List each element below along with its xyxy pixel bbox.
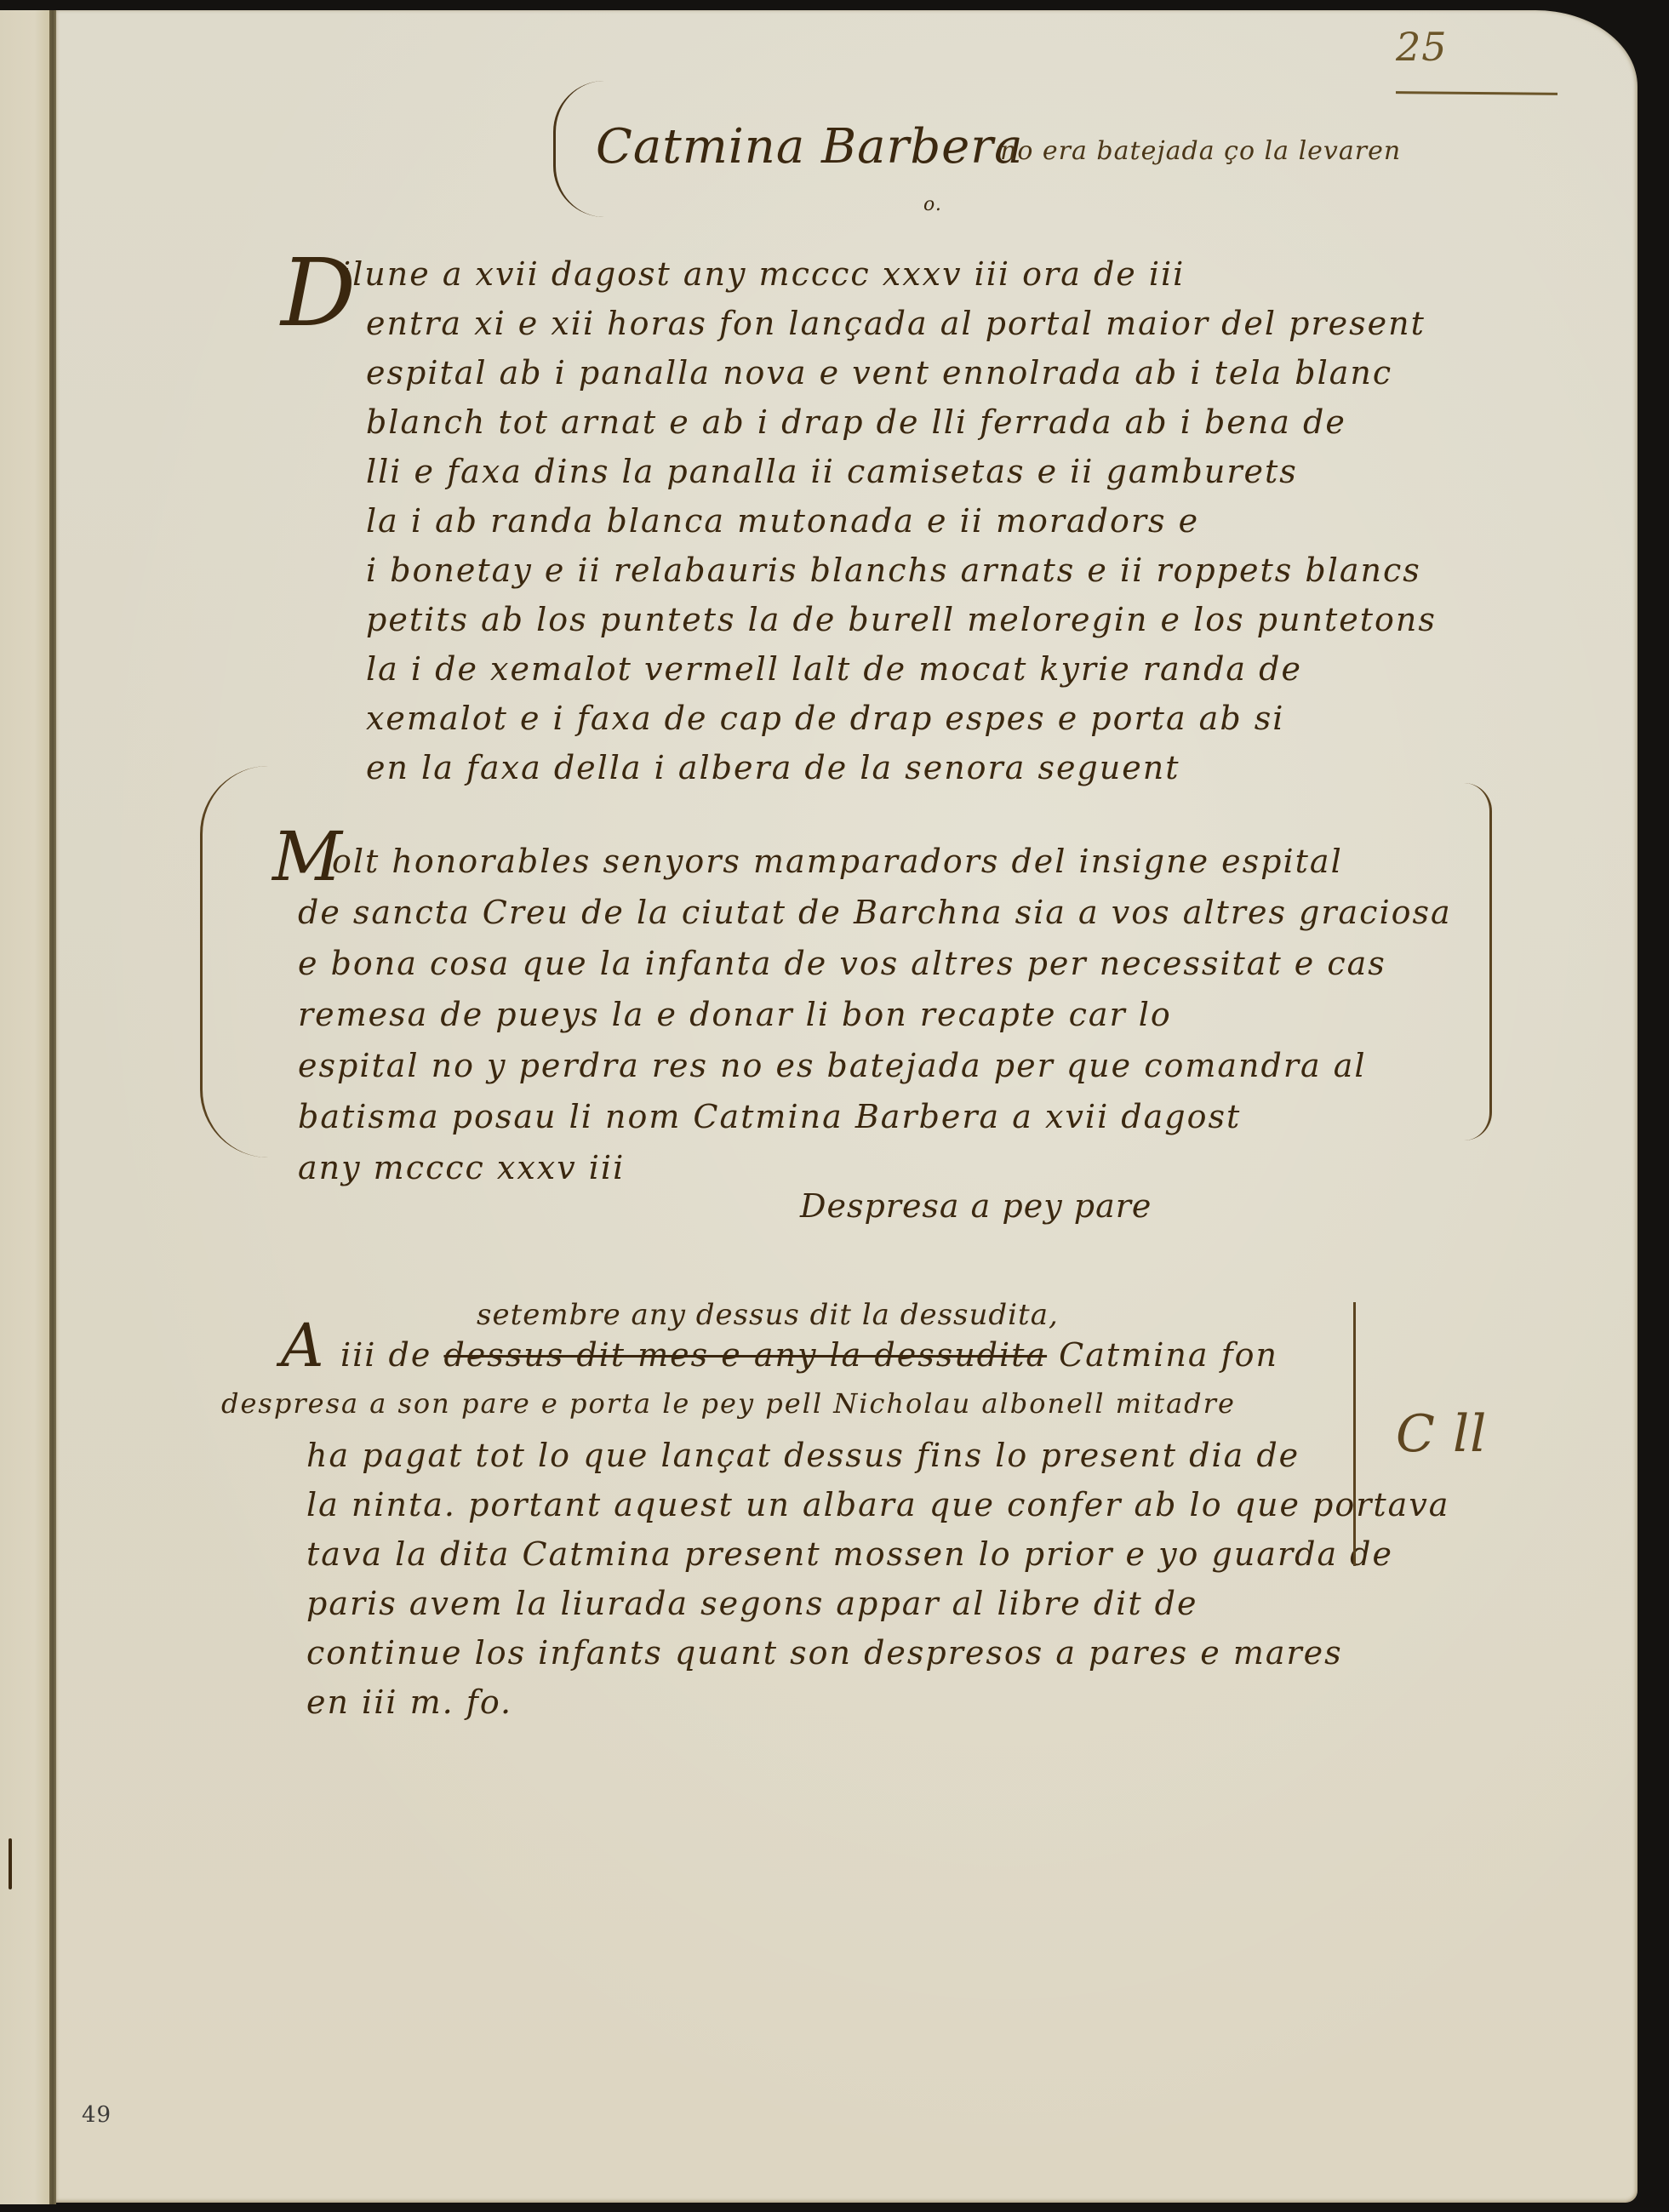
pencil-archive-mark: 49 (82, 2102, 111, 2128)
entry-1-line: la i de xemalot vermell lalt de mocat ky… (366, 650, 1302, 688)
entry-2-line: olt honorables senyors mamparadors del i… (332, 843, 1343, 880)
entry-3-line: iii de dessus dit mes e any la dessudita… (340, 1336, 1278, 1374)
folio-number: 25 (1396, 24, 1448, 70)
entry-3-line-start: iii de (340, 1336, 432, 1374)
entry-2-line: de sancta Creu de la ciutat de Barchna s… (298, 894, 1452, 931)
entry-3-line: despresa a son pare e porta le pey pell … (221, 1387, 1236, 1420)
entry-1-line: en la faxa della i albera de la senora s… (366, 749, 1180, 786)
entry-title: Catmina Barbera (596, 119, 1023, 174)
facing-page-ink-mark (9, 1838, 12, 1889)
entry-1-line: espital ab i panalla nova e vent ennolra… (366, 354, 1392, 392)
entry-3-right-rule (1353, 1302, 1356, 1566)
entry-1-line: lli e faxa dins la panalla ii camisetas … (366, 453, 1298, 490)
entry-1-line: i bonetay e ii relabauris blanchs arnats… (366, 552, 1421, 589)
title-dots: o. (923, 194, 942, 215)
entry-2-line: batisma posau li nom Catmina Barbera a x… (298, 1098, 1241, 1135)
entry-3-insertion: setembre any dessus dit la dessudita, (477, 1298, 1059, 1332)
response-note: Despresa a pey pare (800, 1187, 1152, 1225)
entry-3-line: continue los infants quant son despresos… (306, 1634, 1343, 1672)
entry-1-line: ilune a xvii dagost any mcccc xxxv iii o… (340, 255, 1185, 293)
entry-3-line: ha pagat tot lo que lançat dessus fins l… (306, 1437, 1300, 1474)
letter-left-brace (200, 766, 279, 1157)
entry-2-line: e bona cosa que la infanta de vos altres… (298, 945, 1386, 982)
struck-text: dessus dit mes e any la dessudita (443, 1336, 1047, 1374)
entry-1-line: petits ab los puntets la de burell melor… (366, 601, 1437, 638)
binding-gutter (49, 10, 56, 2204)
entry-3-line: en iii m. fo. (306, 1683, 512, 1721)
entry-3-line: paris avem la liurada segons appar al li… (306, 1585, 1198, 1622)
entry-2-line: espital no y perdra res no es batejada p… (298, 1047, 1367, 1084)
facing-page-edge (0, 10, 49, 2204)
entry-1-line: xemalot e i faxa de cap de drap espes e … (366, 700, 1284, 737)
entry-subtitle-note: no era batejada ço la levaren (1000, 136, 1401, 166)
entry-2-line: any mcccc xxxv iii (298, 1149, 625, 1186)
letter-right-brace (1464, 783, 1492, 1140)
entry-3-line: la ninta. portant aquest un albara que c… (306, 1486, 1449, 1523)
entry-1-line: la i ab randa blanca mutonada e ii morad… (366, 502, 1199, 540)
entry-2-line: remesa de pueys la e donar li bon recapt… (298, 996, 1172, 1033)
entry-1-line: blanch tot arnat e ab i drap de lli ferr… (366, 403, 1346, 441)
entry-3-initial: A (281, 1311, 324, 1380)
entry-3-line-end: Catmina fon (1059, 1336, 1278, 1374)
entry-3-line: tava la dita Catmina present mossen lo p… (306, 1535, 1393, 1573)
entry-1-line: entra xi e xii horas fon lançada al port… (366, 305, 1426, 342)
margin-annotation: C ll (1396, 1404, 1487, 1464)
